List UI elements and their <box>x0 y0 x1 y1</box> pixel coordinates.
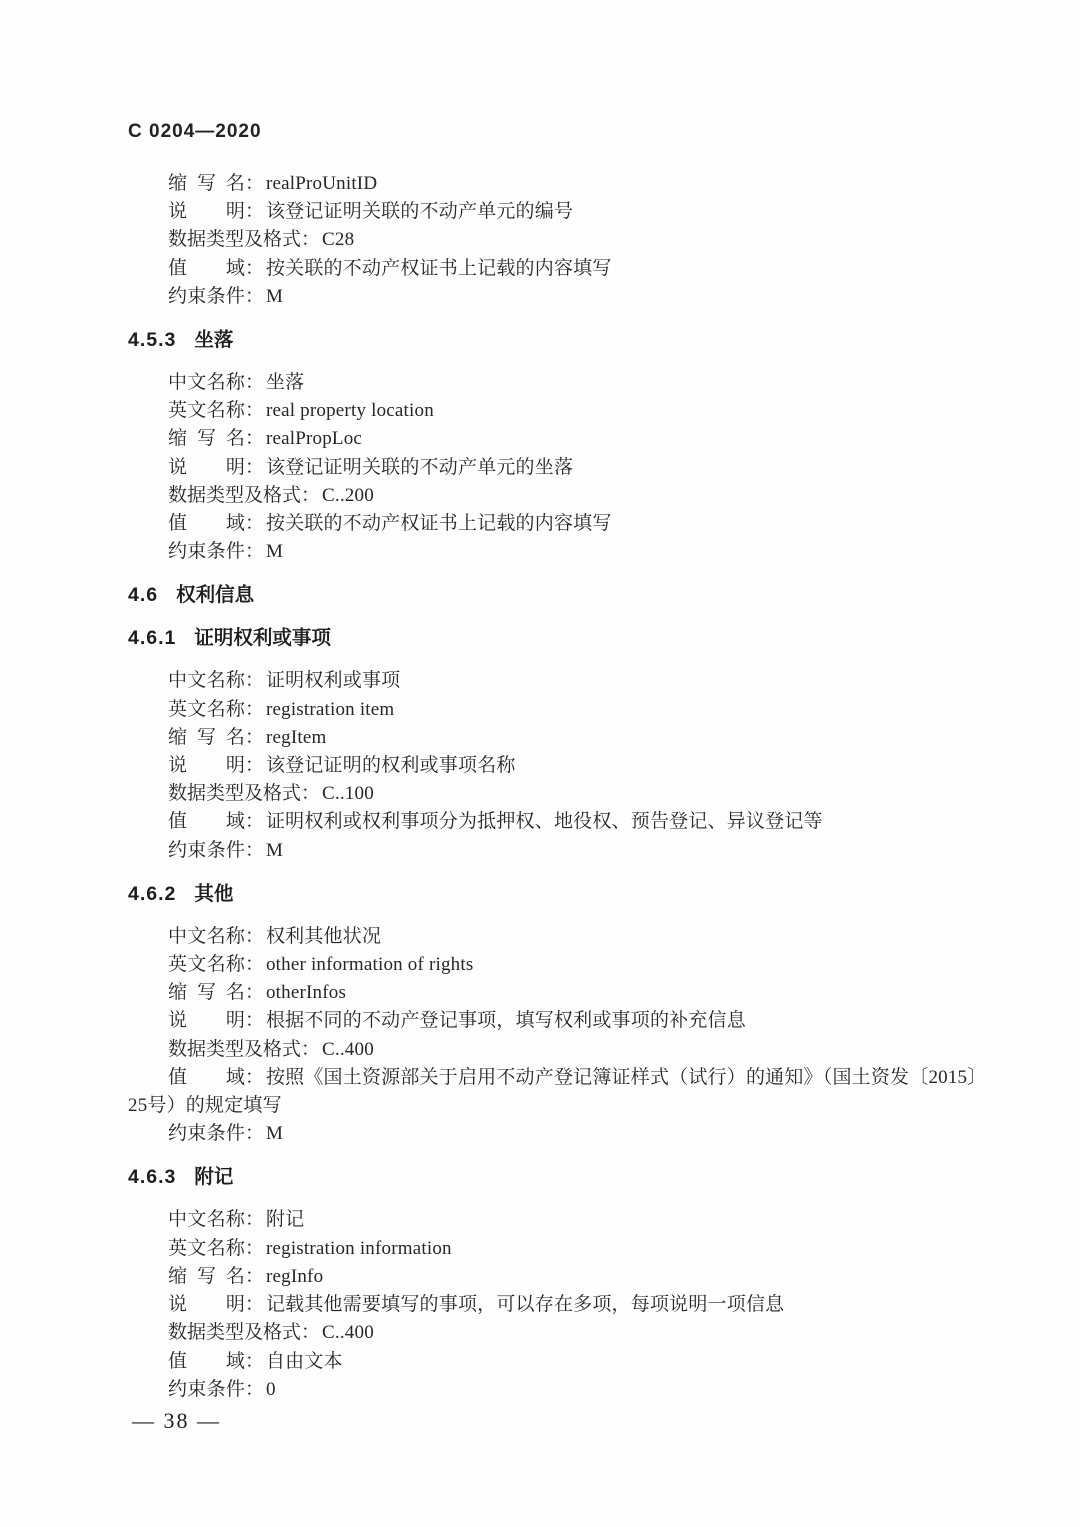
field-label: 数据类型及格式 <box>168 1319 301 1347</box>
field-value: real property location <box>266 400 434 421</box>
section-title: 权利信息 <box>176 584 254 606</box>
field-row: 值域：按关联的不动产权证书上记载的内容填写 <box>128 510 980 538</box>
field-value: 该登记证明关联的不动产单元的编号 <box>266 201 573 222</box>
field-row: 缩写名：realPropLoc <box>128 425 980 453</box>
field-group-regItem: 中文名称：证明权利或事项 英文名称：registration item 缩写名：… <box>128 667 980 864</box>
field-colon: ： <box>245 1238 264 1259</box>
field-colon: ： <box>245 173 264 194</box>
field-value: 权利其他状况 <box>266 926 381 947</box>
field-colon: ： <box>245 400 264 421</box>
field-colon: ： <box>245 541 264 562</box>
field-value: C..400 <box>322 1322 374 1343</box>
section-number: 4.6.2 <box>128 883 176 905</box>
field-label: 英文名称 <box>168 1235 245 1263</box>
field-group-realPropLoc: 中文名称：坐落 英文名称：real property location 缩写名：… <box>128 369 980 566</box>
field-colon: ： <box>245 1123 264 1144</box>
field-colon: ： <box>245 1294 264 1315</box>
field-label: 约束条件 <box>168 1120 245 1148</box>
section-heading-4-6-1: 4.6.1证明权利或事项 <box>128 624 980 652</box>
field-value: 根据不同的不动产登记事项，填写权利或事项的补充信息 <box>266 1010 746 1031</box>
field-row: 约束条件：M <box>128 283 980 311</box>
field-label: 中文名称 <box>168 1206 245 1234</box>
field-colon: ： <box>245 1266 264 1287</box>
field-colon: ： <box>245 811 264 832</box>
section-heading-4-5-3: 4.5.3坐落 <box>128 326 980 354</box>
field-label: 中文名称 <box>168 923 245 951</box>
field-row: 中文名称：坐落 <box>128 369 980 397</box>
field-row: 约束条件：M <box>128 837 980 865</box>
field-value: 该登记证明的权利或事项名称 <box>266 755 516 776</box>
field-colon: ： <box>245 1209 264 1230</box>
field-value: C..200 <box>322 485 374 506</box>
field-value: regItem <box>266 727 326 748</box>
field-value: M <box>266 286 283 307</box>
field-row: 缩写名：otherInfos <box>128 979 980 1007</box>
field-colon: ： <box>245 286 264 307</box>
section-heading-4-6: 4.6权利信息 <box>128 581 980 609</box>
document-page: C 0204—2020 缩写名：realProUnitID 说明：该登记证明关联… <box>0 0 1080 1527</box>
field-row: 缩写名：regItem <box>128 724 980 752</box>
field-colon: ： <box>245 727 264 748</box>
field-label: 数据类型及格式 <box>168 1036 301 1064</box>
field-colon: ： <box>301 229 320 250</box>
section-heading-4-6-2: 4.6.2其他 <box>128 880 980 908</box>
field-colon: ： <box>245 1379 264 1400</box>
field-value: 记载其他需要填写的事项，可以存在多项，每项说明一项信息 <box>266 1294 784 1315</box>
field-colon: ： <box>245 982 264 1003</box>
field-colon: ： <box>301 1039 320 1060</box>
field-label: 英文名称 <box>168 951 245 979</box>
field-row: 中文名称：证明权利或事项 <box>128 667 980 695</box>
field-label: 缩写名 <box>168 724 245 752</box>
field-row: 数据类型及格式：C..400 <box>128 1036 980 1064</box>
field-colon: ： <box>245 1010 264 1031</box>
field-row: 中文名称：附记 <box>128 1206 980 1234</box>
field-row: 说明：该登记证明关联的不动产单元的坐落 <box>128 454 980 482</box>
field-row: 说明：该登记证明的权利或事项名称 <box>128 752 980 780</box>
field-colon: ： <box>245 699 264 720</box>
field-label: 说明 <box>168 198 245 226</box>
field-label: 数据类型及格式 <box>168 780 301 808</box>
field-label: 英文名称 <box>168 696 245 724</box>
field-colon: ： <box>245 840 264 861</box>
field-colon: ： <box>245 372 264 393</box>
section-title: 其他 <box>194 883 233 905</box>
field-row: 约束条件：M <box>128 538 980 566</box>
field-row: 英文名称：other information of rights <box>128 951 980 979</box>
field-label: 值域 <box>168 1064 245 1092</box>
field-label: 值域 <box>168 1348 245 1376</box>
field-label: 约束条件 <box>168 538 245 566</box>
field-value: 证明权利或事项 <box>266 670 400 691</box>
field-label: 说明 <box>168 752 245 780</box>
field-value: C28 <box>322 229 354 250</box>
field-row: 缩写名：regInfo <box>128 1263 980 1291</box>
field-label: 缩写名 <box>168 1263 245 1291</box>
field-colon: ： <box>245 1067 264 1088</box>
field-row: 约束条件：0 <box>128 1376 980 1404</box>
field-label: 数据类型及格式 <box>168 226 301 254</box>
field-colon: ： <box>245 513 264 534</box>
field-row: 值域：证明权利或权利事项分为抵押权、地役权、预告登记、异议登记等 <box>128 808 980 836</box>
field-colon: ： <box>245 457 264 478</box>
field-value: otherInfos <box>266 982 346 1003</box>
field-colon: ： <box>245 926 264 947</box>
field-row: 英文名称：registration information <box>128 1235 980 1263</box>
field-value: 按关联的不动产权证书上记载的内容填写 <box>266 258 612 279</box>
field-value: 0 <box>266 1379 276 1400</box>
field-group-otherInfos: 中文名称：权利其他状况 英文名称：other information of ri… <box>128 923 980 1149</box>
field-value: C..100 <box>322 783 374 804</box>
field-label: 值域 <box>168 255 245 283</box>
field-row: 缩写名：realProUnitID <box>128 170 980 198</box>
field-value: 坐落 <box>266 372 304 393</box>
field-row: 中文名称：权利其他状况 <box>128 923 980 951</box>
field-label: 说明 <box>168 454 245 482</box>
field-row: 数据类型及格式：C..200 <box>128 482 980 510</box>
section-number: 4.6 <box>128 584 158 606</box>
field-row: 英文名称：registration item <box>128 696 980 724</box>
field-value: regInfo <box>266 1266 323 1287</box>
field-colon: ： <box>245 428 264 449</box>
field-value: 证明权利或权利事项分为抵押权、地役权、预告登记、异议登记等 <box>266 811 823 832</box>
field-value: M <box>266 840 283 861</box>
field-label: 数据类型及格式 <box>168 482 301 510</box>
field-label: 约束条件 <box>168 283 245 311</box>
field-label: 说明 <box>168 1291 245 1319</box>
field-value: realPropLoc <box>266 428 362 449</box>
field-colon: ： <box>301 1322 320 1343</box>
field-row: 说明：该登记证明关联的不动产单元的编号 <box>128 198 980 226</box>
field-group-realProUnitID: 缩写名：realProUnitID 说明：该登记证明关联的不动产单元的编号 数据… <box>128 170 980 311</box>
field-label: 缩写名 <box>168 425 245 453</box>
field-row: 值域：按关联的不动产权证书上记载的内容填写 <box>128 255 980 283</box>
field-colon: ： <box>245 201 264 222</box>
field-value: 按关联的不动产权证书上记载的内容填写 <box>266 513 612 534</box>
section-number: 4.5.3 <box>128 329 176 351</box>
field-row: 说明：记载其他需要填写的事项，可以存在多项，每项说明一项信息 <box>128 1291 980 1319</box>
field-value: realProUnitID <box>266 173 377 194</box>
field-row: 数据类型及格式：C28 <box>128 226 980 254</box>
field-label: 值域 <box>168 808 245 836</box>
field-label: 约束条件 <box>168 837 245 865</box>
field-value: M <box>266 1123 283 1144</box>
field-value: C..400 <box>322 1039 374 1060</box>
field-label: 缩写名 <box>168 170 245 198</box>
field-label: 中文名称 <box>168 667 245 695</box>
field-value: other information of rights <box>266 954 474 975</box>
field-value: registration item <box>266 699 394 720</box>
field-label: 缩写名 <box>168 979 245 1007</box>
field-value: registration information <box>266 1238 452 1259</box>
section-title: 附记 <box>194 1166 233 1188</box>
field-label: 约束条件 <box>168 1376 245 1404</box>
field-row-wrapped: 值域：按照《国土资源部关于启用不动产登记簿证样式（试行）的通知》（国土资发〔20… <box>128 1064 980 1120</box>
field-label: 中文名称 <box>168 369 245 397</box>
section-heading-4-6-3: 4.6.3附记 <box>128 1163 980 1191</box>
doc-code: C 0204—2020 <box>128 120 980 144</box>
section-title: 坐落 <box>194 329 233 351</box>
field-row: 说明：根据不同的不动产登记事项，填写权利或事项的补充信息 <box>128 1007 980 1035</box>
section-title: 证明权利或事项 <box>194 627 331 649</box>
section-number: 4.6.1 <box>128 627 176 649</box>
field-value: 自由文本 <box>266 1351 343 1372</box>
field-colon: ： <box>301 783 320 804</box>
field-colon: ： <box>245 755 264 776</box>
field-row: 数据类型及格式：C..100 <box>128 780 980 808</box>
field-colon: ： <box>245 670 264 691</box>
field-label: 说明 <box>168 1007 245 1035</box>
field-row: 约束条件：M <box>128 1120 980 1148</box>
field-colon: ： <box>245 954 264 975</box>
field-row: 英文名称：real property location <box>128 397 980 425</box>
field-value: M <box>266 541 283 562</box>
page-number: — 38 — <box>128 1406 980 1436</box>
field-label: 英文名称 <box>168 397 245 425</box>
section-number: 4.6.3 <box>128 1166 176 1188</box>
field-value: 该登记证明关联的不动产单元的坐落 <box>266 457 573 478</box>
field-colon: ： <box>245 1351 264 1372</box>
field-group-regInfo: 中文名称：附记 英文名称：registration information 缩写… <box>128 1206 980 1403</box>
field-row: 数据类型及格式：C..400 <box>128 1319 980 1347</box>
field-colon: ： <box>301 485 320 506</box>
field-label: 值域 <box>168 510 245 538</box>
field-value: 附记 <box>266 1209 304 1230</box>
field-row: 值域：自由文本 <box>128 1348 980 1376</box>
field-colon: ： <box>245 258 264 279</box>
